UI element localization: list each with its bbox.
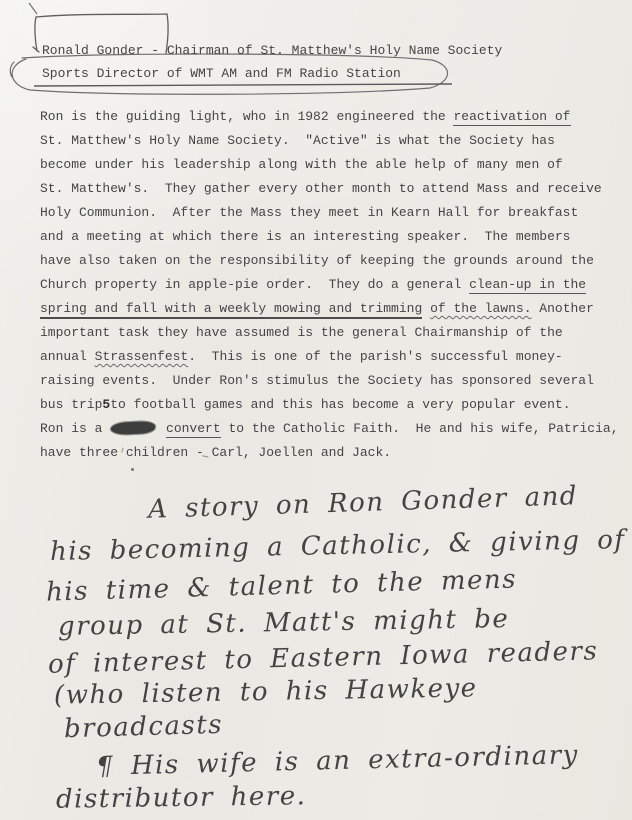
- handwritten-line: broadcasts: [64, 710, 224, 744]
- handwritten-line: his becoming a Catholic, & giving of: [50, 525, 626, 567]
- document-page: Ronald Gonder - Chairman of St. Matthew'…: [0, 0, 632, 820]
- handwritten-line: group at St. Matt's might be: [58, 604, 510, 642]
- handwritten-line: distributor here.: [56, 781, 307, 814]
- handwritten-line: ¶ His wife is an extra-ordinary: [96, 740, 579, 782]
- handwritten-note: A story on Ron Gonder andhis becoming a …: [0, 0, 632, 820]
- handwritten-line: of interest to Eastern Iowa readers: [48, 636, 599, 679]
- handwritten-line: (who listen to his Hawkeye: [54, 673, 478, 710]
- handwritten-line: his time & talent to the mens: [46, 564, 518, 607]
- handwritten-line: A story on Ron Gonder and: [148, 481, 579, 524]
